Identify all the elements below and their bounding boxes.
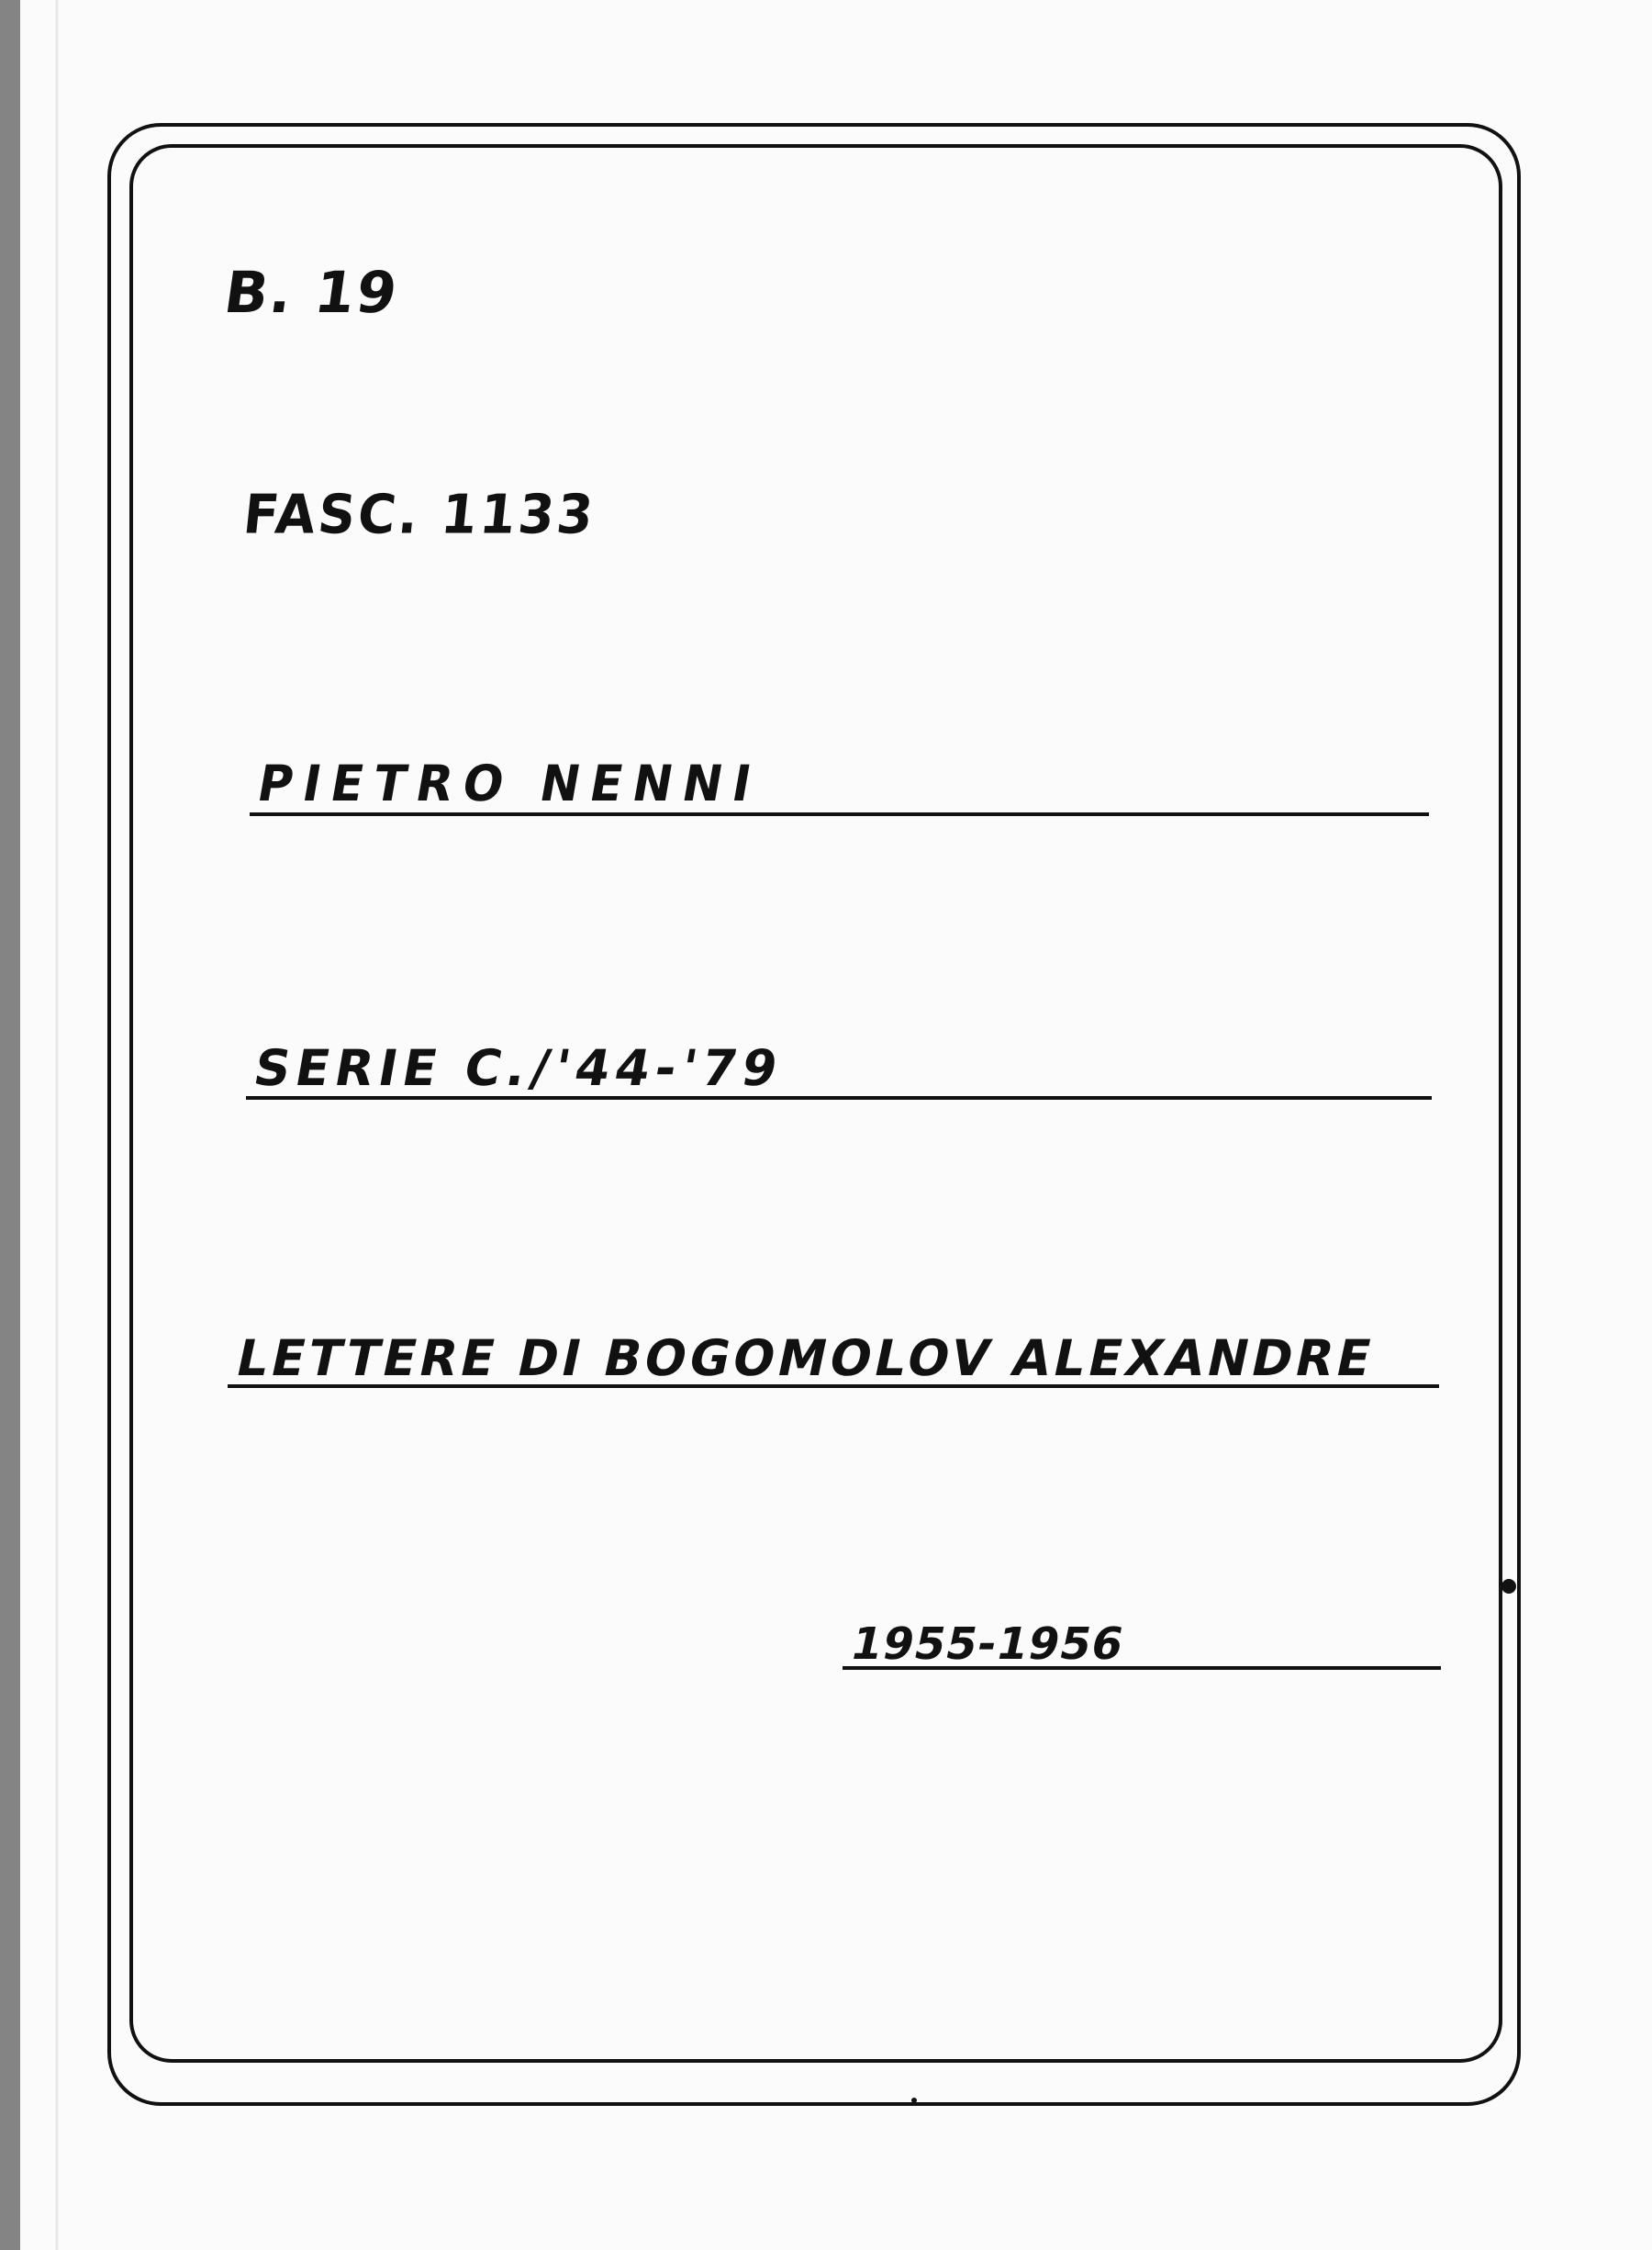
name-underline bbox=[250, 812, 1429, 816]
fascicolo-number: FASC. 1133 bbox=[240, 484, 598, 546]
busta-number: B. 19 bbox=[220, 259, 403, 326]
ink-dot bbox=[911, 2098, 917, 2103]
date-range: 1955-1956 bbox=[846, 1618, 1129, 1670]
series-label: SERIE C./'44-'79 bbox=[250, 1039, 787, 1097]
series-underline bbox=[246, 1096, 1432, 1100]
description-underline bbox=[228, 1384, 1439, 1388]
folder-description: LETTERE DI BOGOMOLOV ALEXANDRE bbox=[231, 1329, 1380, 1387]
ink-dot bbox=[1501, 1579, 1516, 1594]
inner-border-frame bbox=[129, 144, 1502, 2063]
date-underline bbox=[843, 1666, 1441, 1670]
person-name: PIETRO NENNI bbox=[253, 755, 766, 812]
